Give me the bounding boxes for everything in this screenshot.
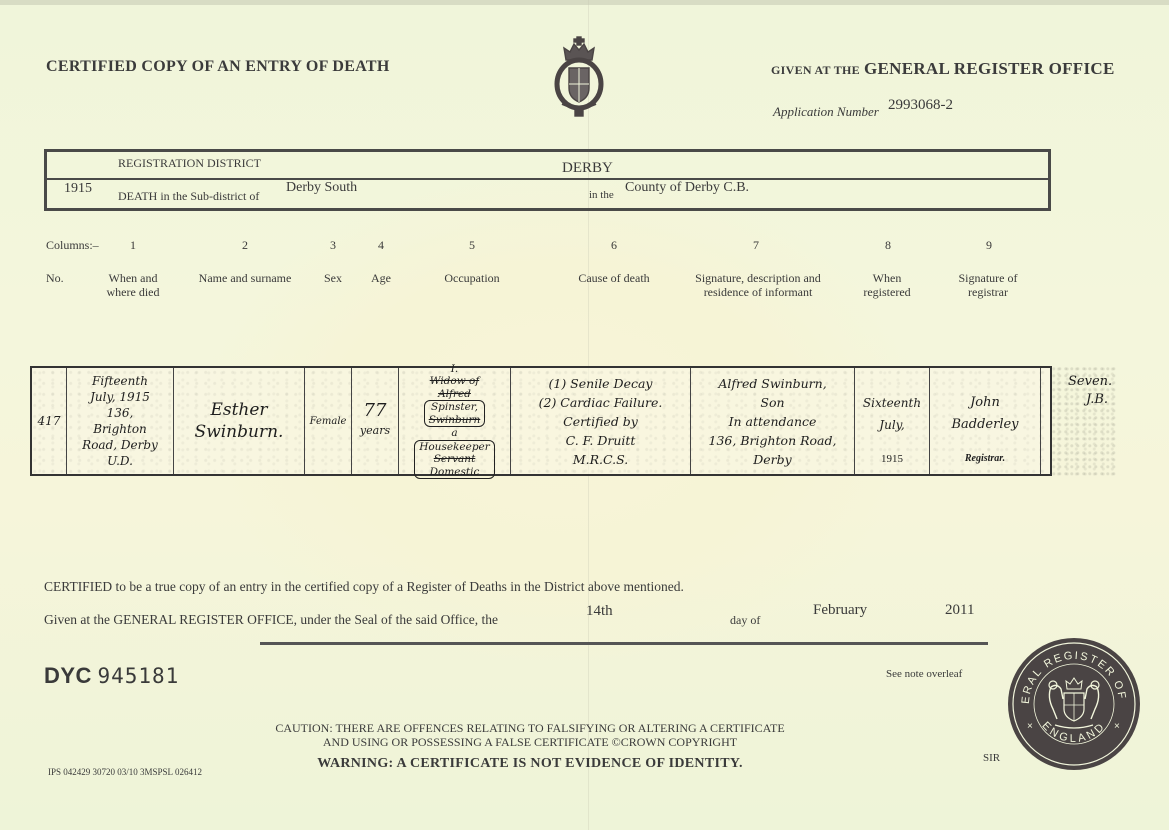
column-number-1: 1 [128,238,138,253]
svg-text:×: × [1114,721,1120,732]
registration-district-label: REGISTRATION DISTRICT [118,156,261,171]
application-number: 2993068-2 [888,97,953,114]
subdistrict-value: Derby South [286,180,357,196]
general-register-office-seal-icon: GENERAL REGISTER OFFICE ENGLAND × × [1007,637,1141,771]
header-cause: Cause of death [566,271,662,285]
header-name: Name and surname [190,271,300,285]
entry-name: Esther Swinburn. [174,368,304,474]
occupation-box-2: Housekeeper Servant Domestic [414,440,495,480]
ips-code: IPS 042429 30720 03/10 3MSPSL 026412 [48,767,202,777]
sir-label: SIR [983,752,1000,764]
issue-year: 2011 [945,602,974,619]
warning-text: WARNING: A CERTIFICATE IS NOT EVIDENCE O… [240,756,820,772]
entry-when-registered: Sixteenth July, 1915 [855,368,929,474]
svg-text:×: × [1027,721,1033,732]
column-number-6: 6 [609,238,619,253]
column-number-5: 5 [467,238,477,253]
column-number-3: 3 [328,238,338,253]
issue-day: 14th [586,603,613,620]
given-at-label: GIVEN AT THE [771,63,860,77]
column-number-7: 7 [751,238,761,253]
occupation-box-1: Spinster, Swinburn [424,400,486,427]
office-name: GENERAL REGISTER OFFICE [864,59,1115,78]
serial-prefix: DYC [44,663,92,688]
county-value: County of Derby C.B. [625,180,749,196]
office-title: GIVEN AT THE GENERAL REGISTER OFFICE [771,59,1115,79]
serial-number: DYC 945181 [44,663,179,689]
scan-edge [0,0,1169,5]
entry-registrar: John Badderley Registrar. [930,368,1040,474]
column-number-4: 4 [376,238,386,253]
header-no: No. [46,271,76,285]
entry-informant: Alfred Swinburn, Son In attendance 136, … [691,368,854,474]
issue-month: February [813,602,867,619]
columns-label: Columns:– [46,238,99,253]
header-registrar: Signature of registrar [950,271,1026,299]
header-sex: Sex [318,271,348,285]
certificate-page: CERTIFIED COPY OF AN ENTRY OF DEATH GIVE… [0,0,1169,830]
see-note-overleaf: See note overleaf [886,668,962,680]
registration-district-value: DERBY [562,160,613,177]
serial-digits: 945181 [97,664,179,688]
column-number-8: 8 [883,238,893,253]
royal-crest-icon [548,36,610,118]
entry-when-where: Fifteenth July, 1915 136, Brighton Road,… [67,368,173,474]
subdistrict-label: DEATH in the Sub-district of [118,189,259,204]
header-when-registered: When registered [856,271,918,299]
column-divider [1040,368,1041,474]
column-number-2: 2 [240,238,250,253]
header-age: Age [366,271,396,285]
certificate-title: CERTIFIED COPY OF AN ENTRY OF DEATH [46,58,390,76]
given-statement: Given at the GENERAL REGISTER OFFICE, un… [44,612,498,628]
entry-cause: (1) Senile Decay (2) Cardiac Failure. Ce… [511,368,690,474]
registration-divider [47,178,1048,180]
entry-occupation: I. Widow of Alfred Spinster, Swinburn a … [399,368,510,474]
header-occupation: Occupation [432,271,512,285]
column-number-9: 9 [984,238,994,253]
application-number-label: Application Number [773,104,879,120]
header-informant: Signature, description and residence of … [688,271,828,299]
margin-note: Seven. J.B. [1052,366,1116,476]
entry-age: 77 years [352,368,398,474]
caution-text: CAUTION: THERE ARE OFFENCES RELATING TO … [240,721,820,749]
certified-statement: CERTIFIED to be a true copy of an entry … [44,579,684,595]
header-when-where: When and where died [100,271,166,299]
entry-number: 417 [32,368,66,474]
death-entry-row: 417 Fifteenth July, 1915 136, Brighton R… [30,366,1052,476]
day-of-label: day of [730,613,760,628]
entry-sex: Female [305,368,351,474]
signature-rule [260,642,988,645]
registration-year: 1915 [64,181,92,197]
in-the-label: in the [589,189,614,201]
